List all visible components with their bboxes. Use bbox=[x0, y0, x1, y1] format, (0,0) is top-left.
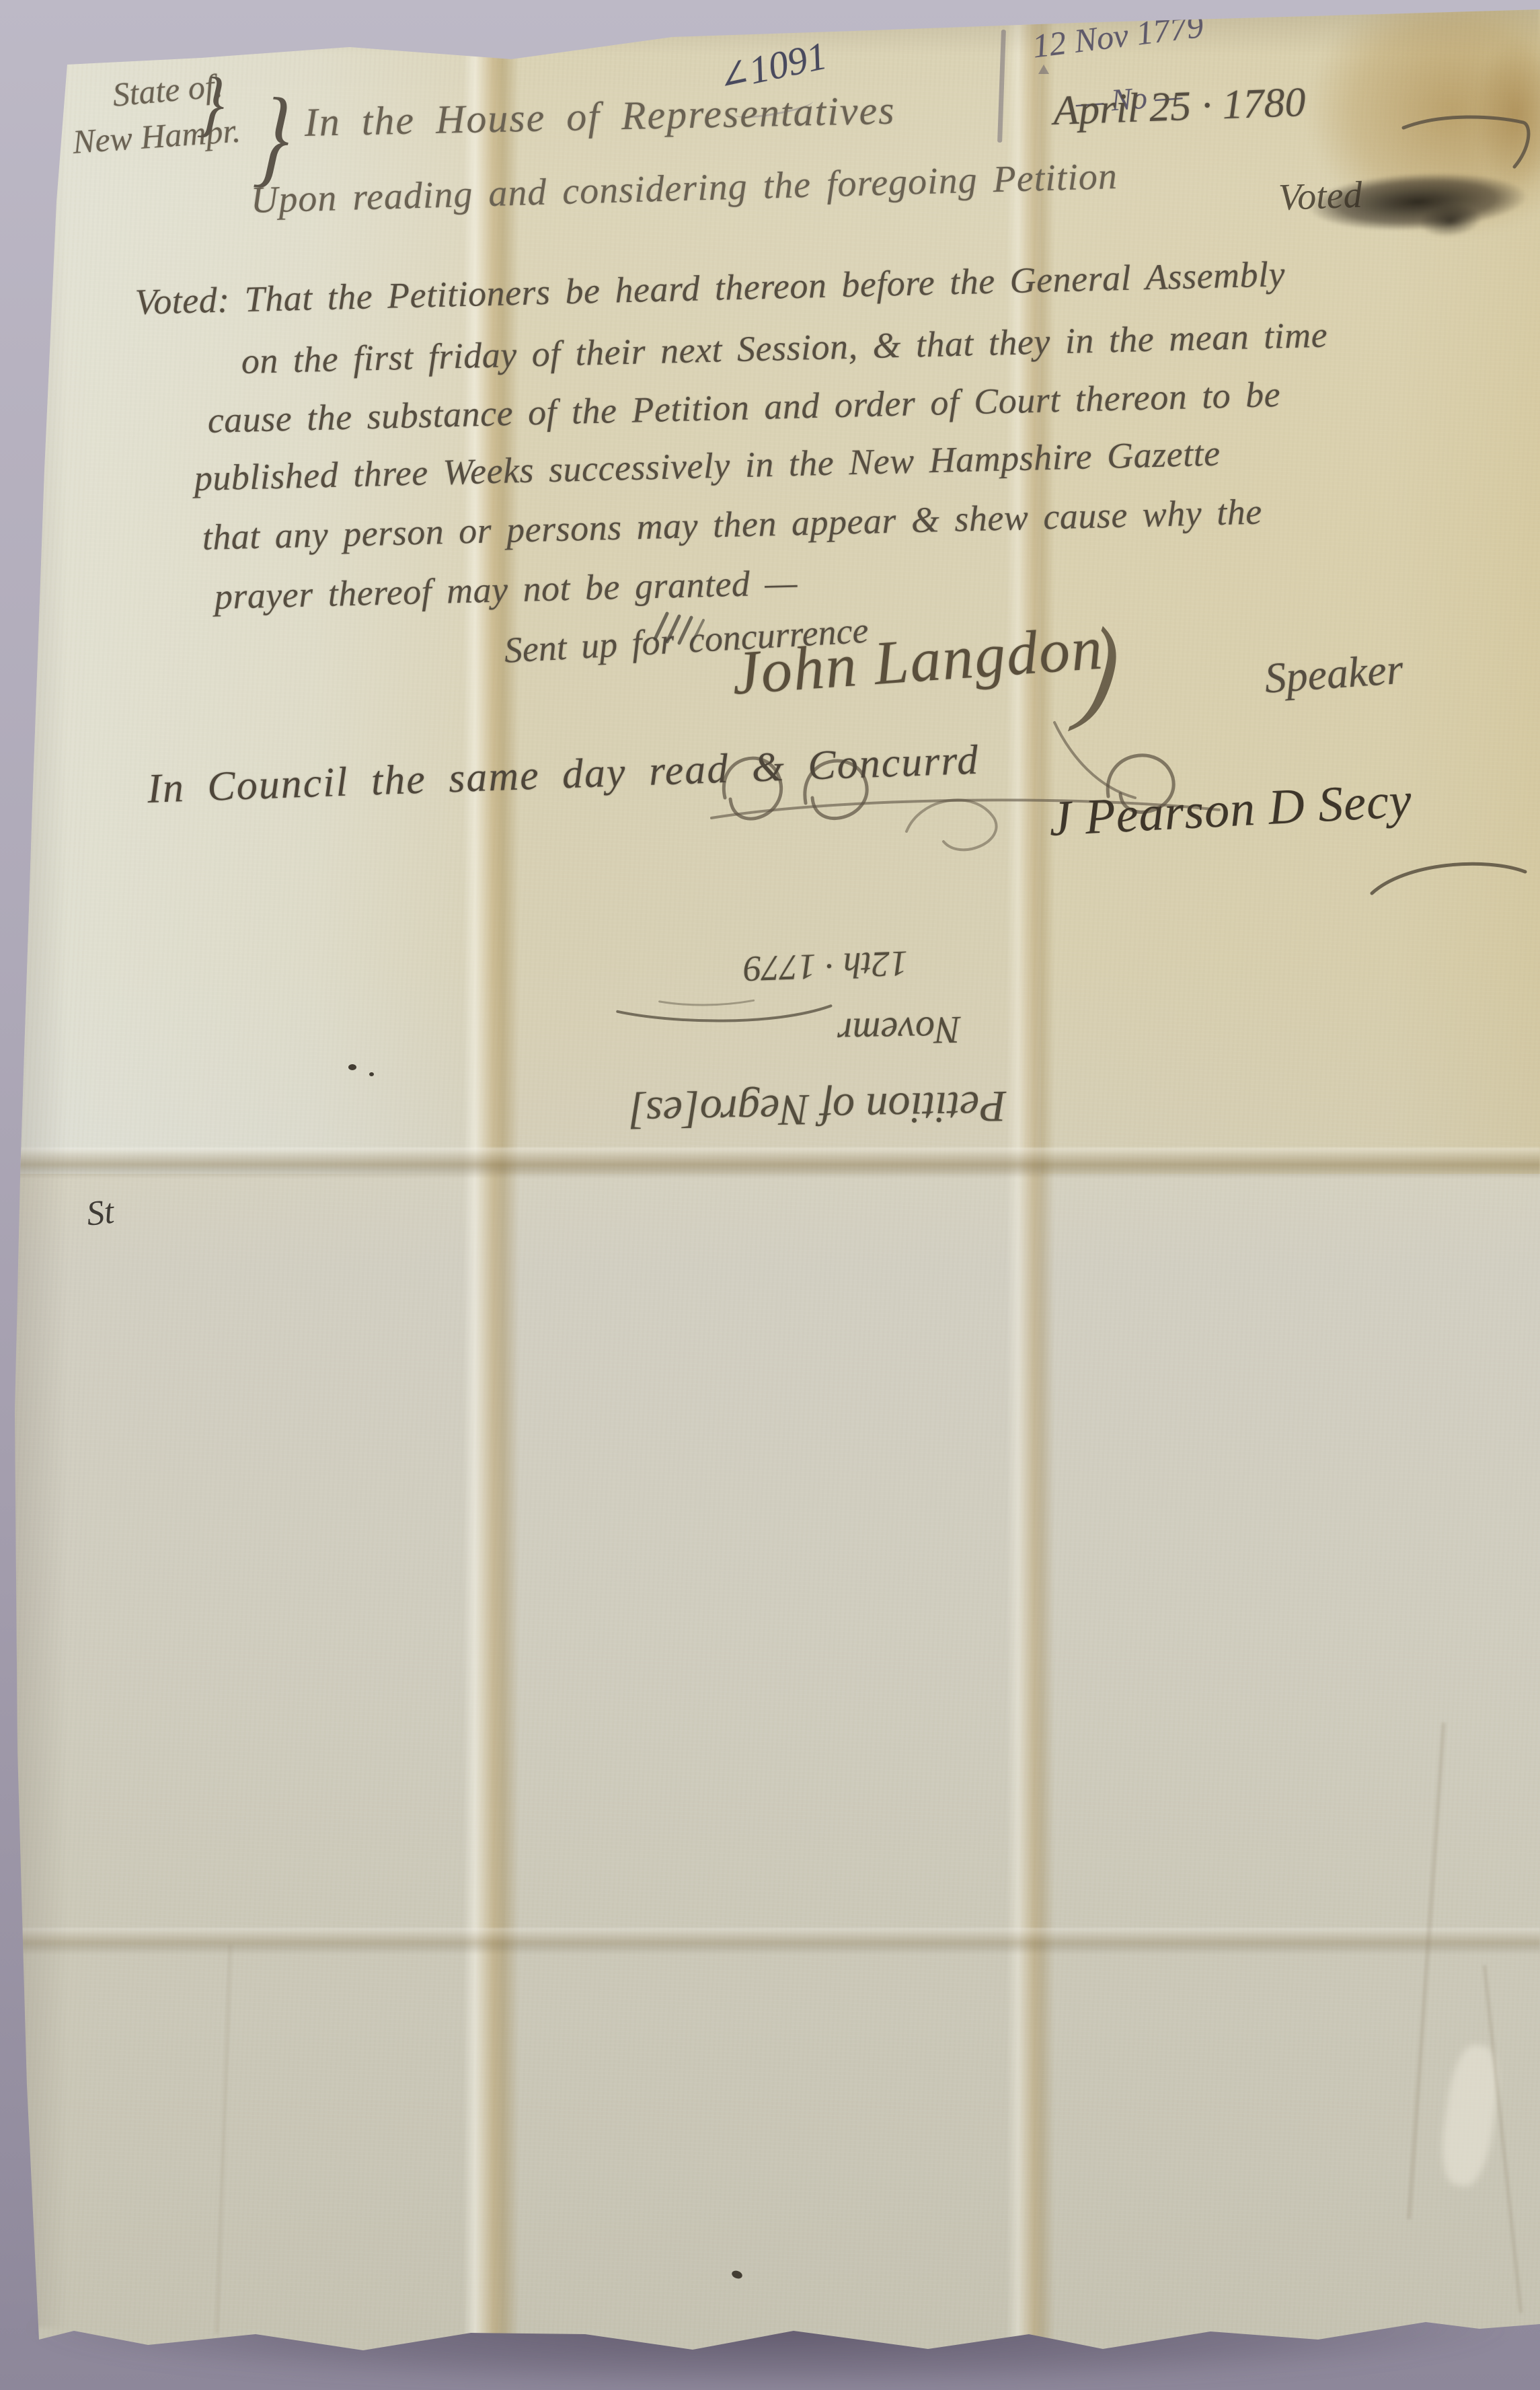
ink-speck bbox=[369, 1072, 374, 1076]
manuscript-paper: 12 Nov 1779 — No — ∠1091 State of. New H… bbox=[0, 0, 1540, 2390]
docket-endorsement-rotated: Petition of Negro[es] Novemr 12th · 1779 bbox=[549, 912, 1010, 1135]
docket-flourish bbox=[612, 994, 835, 1032]
scribble-mark bbox=[647, 605, 714, 648]
margin-initials-mark: St bbox=[85, 1192, 116, 1234]
horizontal-fold-upper bbox=[0, 1148, 1540, 1179]
speaker-title: Speaker bbox=[1263, 644, 1405, 704]
docket-line: Petition of Negro[es] bbox=[628, 1080, 1007, 1138]
secretary-underline-flourish bbox=[1365, 853, 1533, 907]
docket-line: Novemr bbox=[837, 1008, 962, 1055]
docket-line: 12th · 1779 bbox=[743, 942, 909, 989]
ink-speck bbox=[348, 1064, 356, 1070]
photo-of-manuscript: { "photo": { "description": "Photograph … bbox=[0, 0, 1540, 2390]
heading-date: April 25 · 1780 bbox=[1052, 79, 1307, 135]
